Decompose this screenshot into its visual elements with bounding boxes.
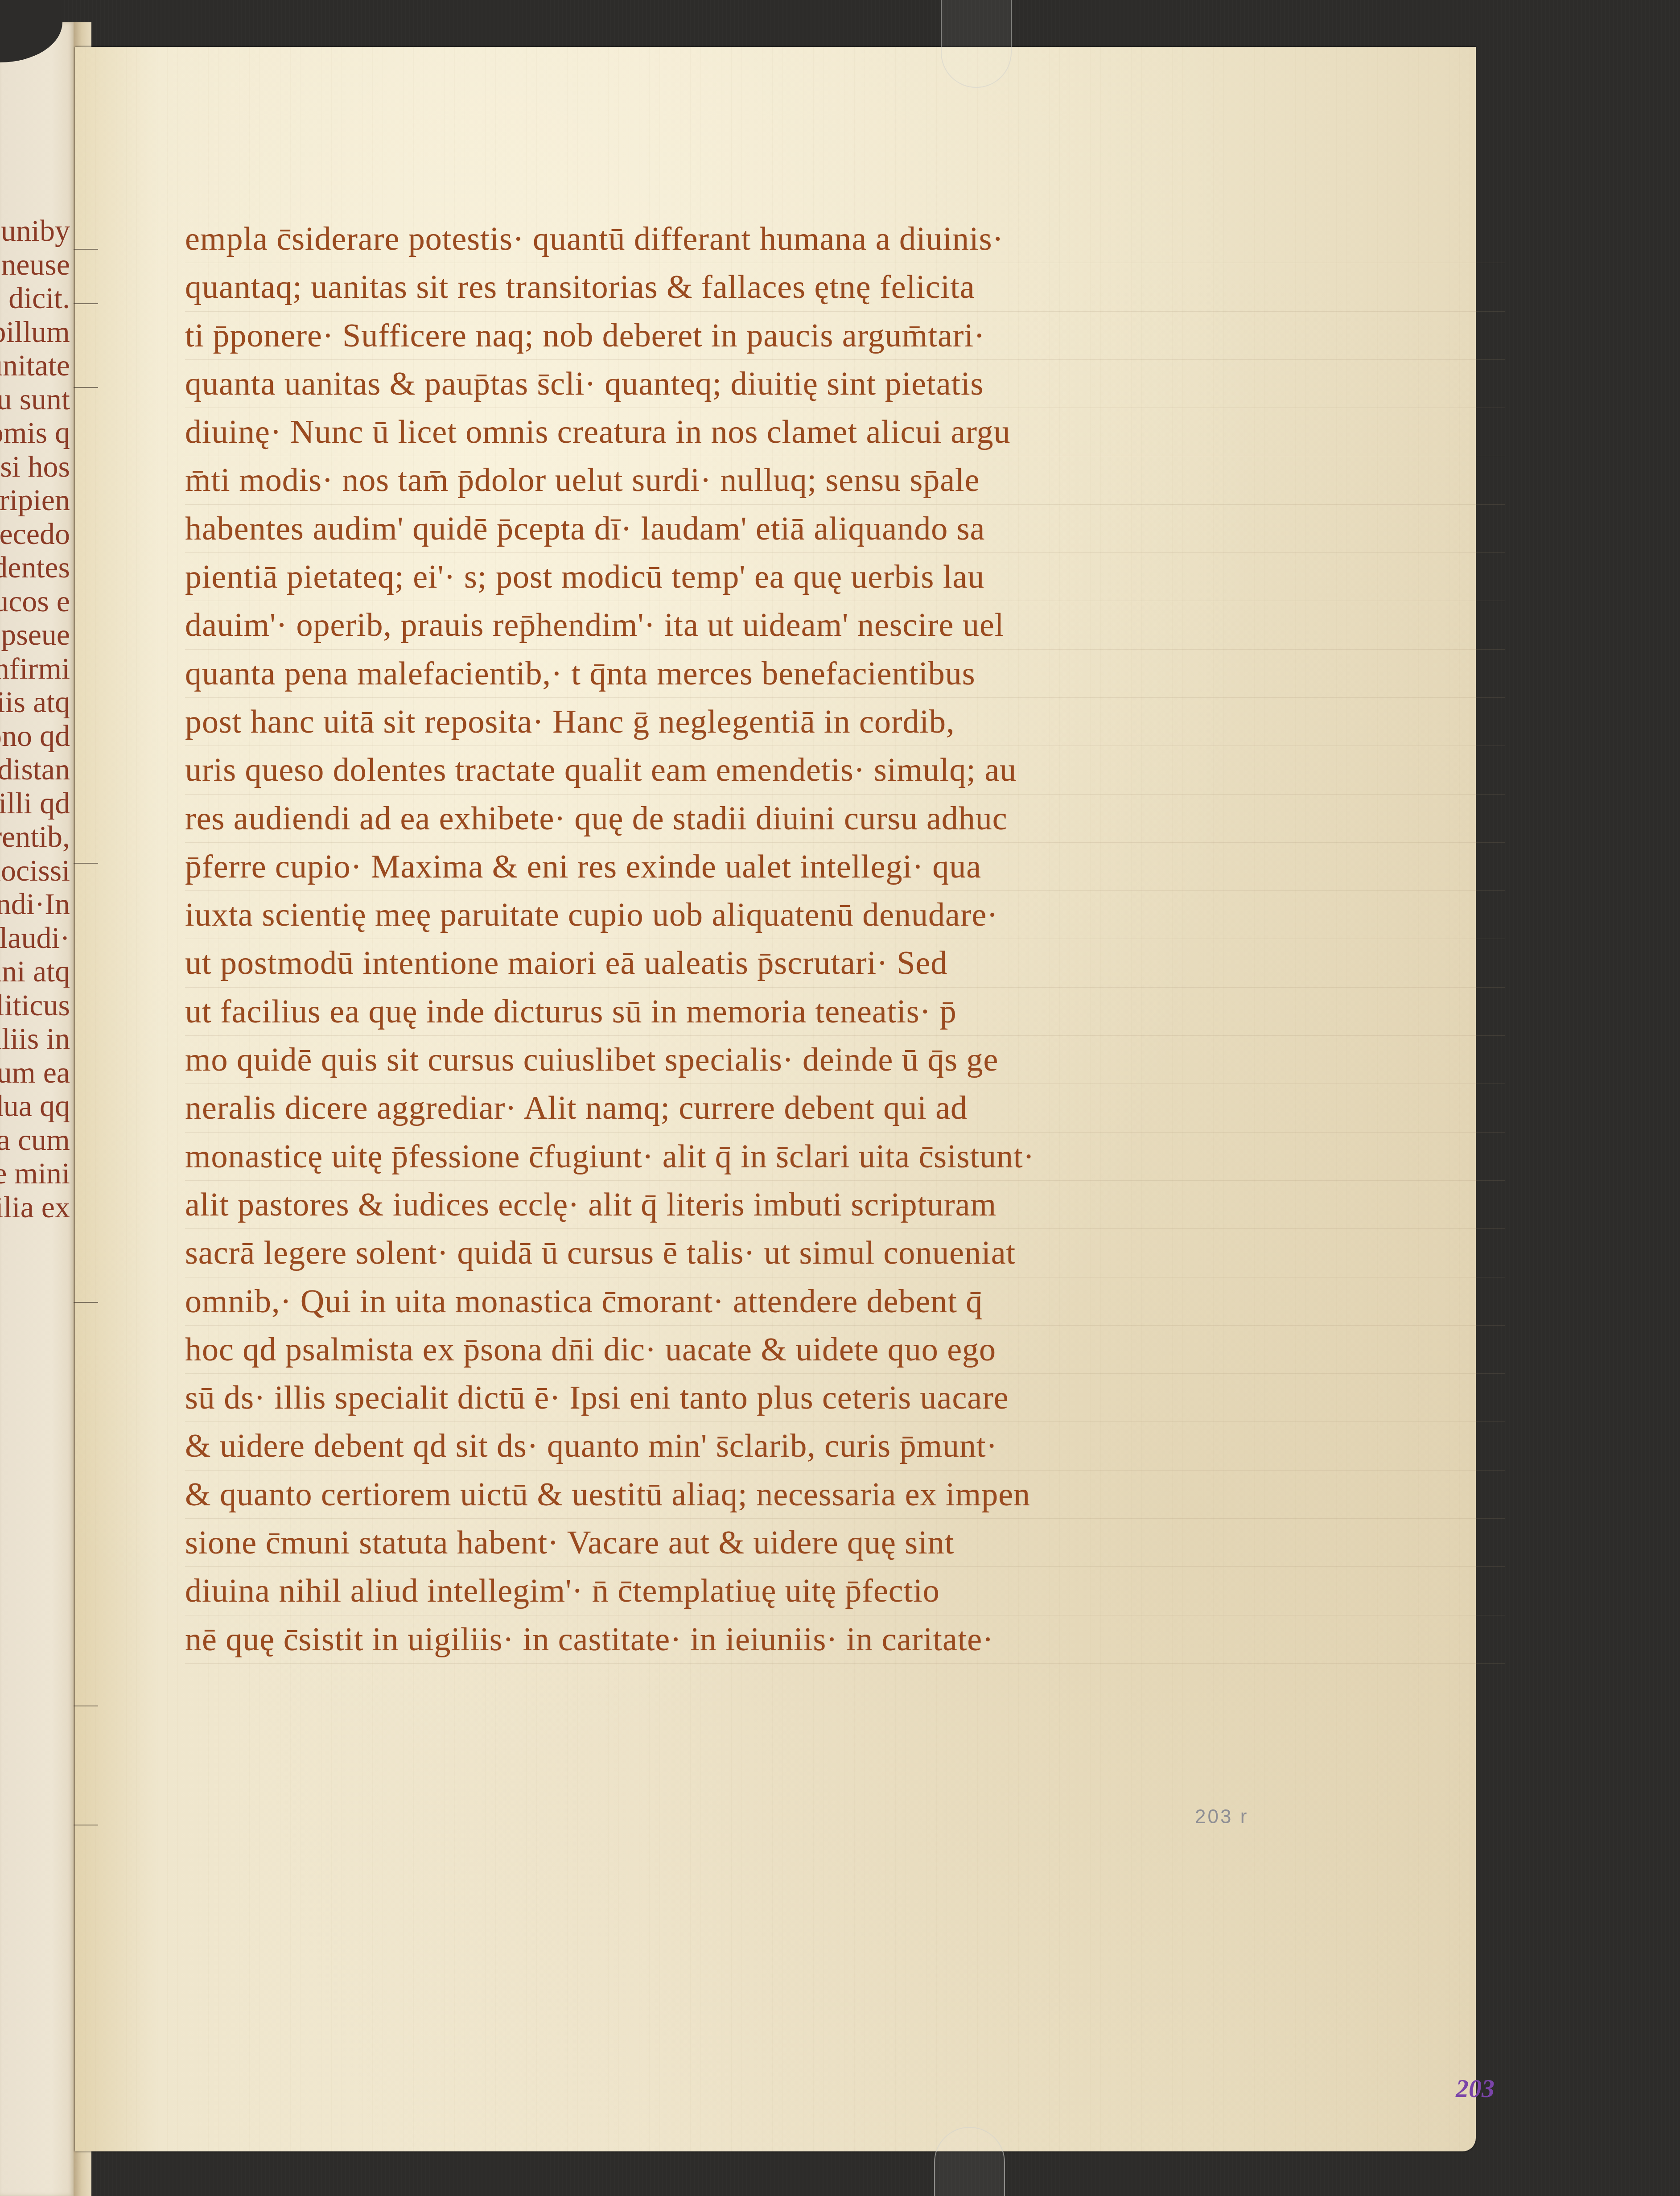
text-line: p̄ferre cupio· Maxima & eni res exinde u… xyxy=(185,843,1505,891)
left-line: uniby xyxy=(0,214,74,248)
ruling-prick xyxy=(74,863,98,864)
text-line: nē quę c̄sistit in uigiliis· in castitat… xyxy=(185,1615,1505,1664)
text-line: iuxta scientię meę paruitate cupio uob a… xyxy=(185,891,1505,939)
text-line: mo quidē quis sit cursus cuiuslibet spec… xyxy=(185,1036,1505,1084)
page-curl xyxy=(0,0,62,62)
text-line: & quanto certiorem uictū & uestitū aliaq… xyxy=(185,1471,1505,1519)
left-line: Vidua qq xyxy=(0,1089,74,1123)
text-line: quantaq; uanitas sit res transitorias & … xyxy=(185,263,1505,311)
text-line: quanta uanitas & paup̄tas s̄cli· quanteq… xyxy=(185,360,1505,408)
ruling-prick xyxy=(74,303,98,304)
text-line: & uidere debent qd sit ds· quanto min' s… xyxy=(185,1422,1505,1470)
text-line: ut facilius ea quę inde dicturus sū in m… xyxy=(185,988,1505,1036)
manuscript-text-block: empla c̄siderare potestis· quantū differ… xyxy=(185,215,1505,1664)
left-line: neuse xyxy=(0,248,74,282)
left-line: nt illi qd xyxy=(0,787,74,820)
text-line: uris queso dolentes tractate qualit eam … xyxy=(185,746,1505,794)
ruling-prick xyxy=(74,1706,98,1706)
text-line: pientiā pietateq; ei'· s; post modicū te… xyxy=(185,553,1505,601)
text-line: empla c̄siderare potestis· quantū differ… xyxy=(185,215,1505,263)
left-line: unu sunt xyxy=(0,383,74,416)
text-line: ti p̄ponere· Sufficere naq; nob deberet … xyxy=(185,312,1505,360)
ruling-prick xyxy=(74,1302,98,1303)
text-line: omnib,· Qui in uita monastica c̄morant· … xyxy=(185,1277,1505,1326)
text-line: m̄ti modis· nos tam̄ p̄dolor uelut surdi… xyxy=(185,456,1505,504)
ruling-prick xyxy=(74,387,98,388)
text-line: sacrā legere solent· quidā ū cursus ē ta… xyxy=(185,1229,1505,1277)
left-line: imilia ex xyxy=(0,1191,74,1224)
left-line: pillum xyxy=(0,315,74,349)
left-line: sani atq xyxy=(0,955,74,989)
text-line: post hanc uitā sit reposita· Hanc ḡ negl… xyxy=(185,698,1505,746)
left-line: rit·cum ea xyxy=(0,1056,74,1090)
left-line: tendentes xyxy=(0,551,74,585)
left-line: cu aliis in xyxy=(0,1022,74,1056)
left-line: os omis q xyxy=(0,416,74,450)
ruling-prick xyxy=(74,249,98,250)
bottom-page-clip xyxy=(934,2127,1005,2196)
stamped-folio-number: 203 xyxy=(1456,2073,1495,2103)
text-line: res audiendi ad ea exhibete· quę de stad… xyxy=(185,795,1505,843)
left-line: re bono qd xyxy=(0,719,74,753)
text-line: quanta pena malefacientib,· t q̄nta merc… xyxy=(185,650,1505,698)
left-line: recedo xyxy=(0,517,74,551)
left-line: unitate xyxy=(0,349,74,383)
manuscript-scan: uniby neuse dicit. pillum unitate unu su… xyxy=(0,0,1680,2196)
left-line: ta distan xyxy=(0,753,74,787)
left-line: ne mini xyxy=(0,1157,74,1191)
left-line: uitiis atq xyxy=(0,685,74,719)
left-line: iendi·In xyxy=(0,887,74,921)
text-line: neralis dicere aggrediar· Alit namq; cur… xyxy=(185,1084,1505,1132)
text-line: sū ds· illis specialit dictū ē· Ipsi eni… xyxy=(185,1374,1505,1422)
left-line: araliticus xyxy=(0,989,74,1022)
left-page-fragment: uniby neuse dicit. pillum unitate unu su… xyxy=(0,22,74,2196)
pencil-folio-number: 203 r xyxy=(1195,1806,1248,1828)
left-line: arripien xyxy=(0,483,74,517)
text-line: sione c̄muni statuta habent· Vacare aut … xyxy=(185,1519,1505,1567)
left-line: nt infirmi xyxy=(0,652,74,686)
text-line: monasticę uitę p̄fessione c̄fugiunt· ali… xyxy=(185,1133,1505,1181)
text-line: ut postmodū intentione maiori eā ualeati… xyxy=(185,939,1505,987)
ruling-prick xyxy=(74,1825,98,1825)
text-line: habentes audim' quidē p̄cepta dī· laudam… xyxy=(185,505,1505,553)
left-line: currentib, xyxy=(0,820,74,854)
left-line: & claudi· xyxy=(0,921,74,955)
top-page-clip xyxy=(941,0,1012,88)
text-line: diuina nihil aliud intellegim'· n̄ c̄tem… xyxy=(185,1567,1505,1615)
left-line: ·nisi hos xyxy=(0,450,74,484)
left-line: dicit. xyxy=(0,281,74,315)
left-line: ite pseue xyxy=(0,618,74,652)
text-line: hoc qd psalmista ex p̄sona dn̄i dic· uac… xyxy=(185,1326,1505,1374)
left-line: una cum xyxy=(0,1123,74,1157)
left-line: paucos e xyxy=(0,585,74,618)
text-line: dauim'· operib, prauis rep̄hendim'· ita … xyxy=(185,601,1505,649)
left-line: n uelocissi xyxy=(0,854,74,888)
left-page-text: uniby neuse dicit. pillum unitate unu su… xyxy=(0,214,74,1224)
text-line: diuinę· Nunc ū licet omnis creatura in n… xyxy=(185,408,1505,456)
text-line: alit pastores & iudices ecclę· alit q̄ l… xyxy=(185,1181,1505,1229)
